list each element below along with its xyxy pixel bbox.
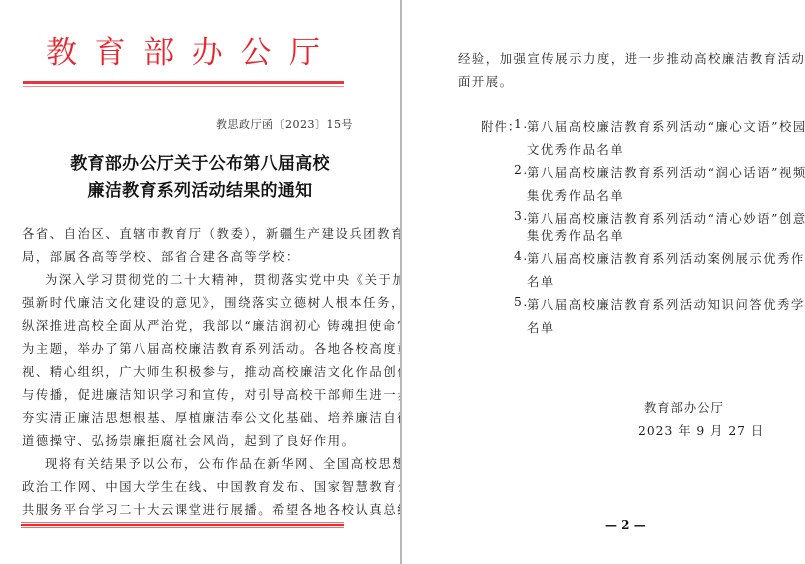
body-line: 各省、自治区、直辖市教育厅（教委），新疆生产建设兵团教育 — [22, 224, 405, 242]
attachment-title: 第八届高校廉洁教育系列活动“润心话语”视频征 — [527, 163, 805, 181]
body-line: 为主题，举办了第八届高校廉洁教育系列活动。各地各校高度重 — [22, 339, 411, 357]
masthead: 教 育 部 办 公 厅 — [22, 33, 344, 73]
masthead-char: 育 — [95, 38, 126, 69]
document-title-line-2: 廉洁教育系列活动结果的通知 — [0, 176, 400, 201]
attachment-title: 第八届高校廉洁教育系列活动案例展示优秀作品 — [527, 249, 805, 267]
masthead-char: 厅 — [289, 38, 320, 69]
red-rule-thick — [23, 81, 344, 84]
body-line: 纵深推进高校全面从严治党，我部以“廉洁润初心 铸魂担使命” — [22, 316, 405, 334]
signature-org: 教育部办公厅 — [644, 398, 724, 416]
red-rule-line — [21, 527, 344, 528]
attachment-title: 第八届高校廉洁教育系列活动知识问答优秀学员 — [527, 295, 805, 313]
body-line: 视、精心组织，广大师生积极参与，推动高校廉洁文化作品创作 — [22, 362, 411, 380]
body-line: 强新时代廉洁文化建设的意见》，围绕落实立德树人根本任务， — [22, 293, 405, 311]
document-viewer: 教 育 部 办 公 厅 教思政厅函〔2023〕15号 教育部办公厅关于公布第八届… — [0, 0, 805, 564]
document-title-line-1: 教育部办公厅关于公布第八届高校 — [0, 149, 400, 174]
body-line: 局，部属各高等学校、部省合建各高等学校： — [22, 247, 300, 265]
masthead-char: 部 — [143, 38, 174, 69]
body-line: 共服务平台学习二十大云课堂进行展播。希望各地各校认真总结 — [22, 500, 411, 518]
page-1: 教 育 部 办 公 厅 教思政厅函〔2023〕15号 教育部办公厅关于公布第八届… — [0, 0, 400, 564]
page-number: — 2 — — [605, 518, 646, 532]
masthead-char: 公 — [240, 38, 271, 69]
red-rule-line — [21, 522, 344, 523]
red-rule-line — [21, 524, 344, 526]
attachment-title-cont: 文优秀作品名单 — [527, 140, 624, 158]
body-line: 夯实清正廉洁思想根基、厚植廉洁奉公文化基础、培养廉洁自律 — [22, 408, 411, 426]
body-line: 与传播，促进廉洁知识学习和宣传，对引导高校干部师生进一步 — [22, 385, 411, 403]
masthead-char: 教 — [46, 38, 77, 69]
footer-red-rule — [21, 522, 344, 529]
document-number: 教思政厅函〔2023〕15号 — [216, 116, 353, 132]
attachment-title-cont: 名单 — [527, 318, 555, 336]
body-line: 政治工作网、中国大学生在线、中国教育发布、国家智慧教育公 — [22, 477, 411, 495]
body-line: 现将有关结果予以公布，公布作品在新华网、全国高校思想 — [45, 454, 406, 472]
body-line: 道德操守、弘扬崇廉拒腐社会风尚，起到了良好作用。 — [22, 431, 356, 449]
attachment-title: 第八届高校廉洁教育系列活动“廉心文语”校园征 — [527, 117, 805, 135]
red-rule-thin — [23, 86, 344, 87]
body-line: 经验，加强宣传展示力度，进一步推动高校廉洁教育活动深入全 — [458, 49, 805, 67]
signature-date: 2023 年 9 月 27 日 — [638, 421, 764, 439]
attachment-title-cont: 集优秀作品名单 — [527, 226, 624, 244]
masthead-char: 办 — [192, 38, 223, 69]
masthead-red-rule — [23, 81, 344, 87]
body-line: 面开展。 — [458, 72, 514, 90]
body-line: 为深入学习贯彻党的二十大精神，贯彻落实党中央《关于加 — [45, 270, 406, 288]
attachment-title: 第八届高校廉洁教育系列活动“清心妙语”创意征 — [527, 209, 805, 227]
attachment-title-cont: 集优秀作品名单 — [527, 186, 624, 204]
attachment-title-cont: 名单 — [527, 272, 555, 290]
